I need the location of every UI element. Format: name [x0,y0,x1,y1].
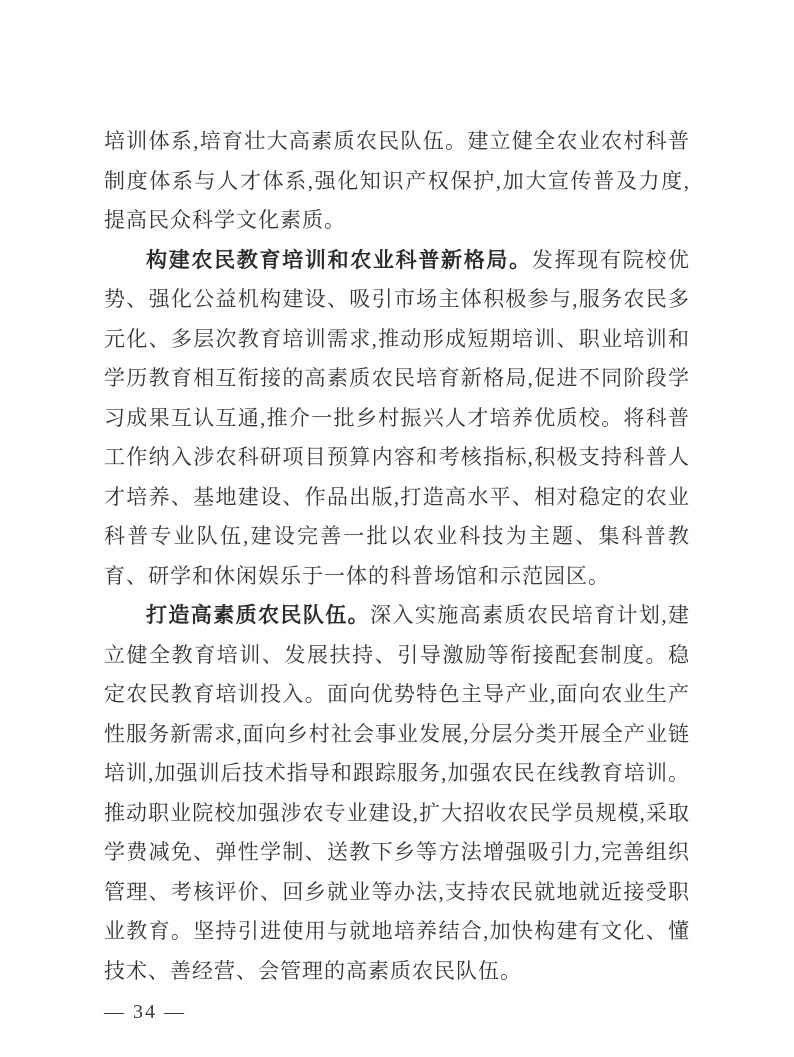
paragraph-text: 深入实施高素质农民培育计划,建立健全教育培训、发展扶持、引导激励等衔接配套制度。… [104,603,690,983]
footer-page-number: — 34 — [104,1001,186,1024]
paragraph: 培训体系,培育壮大高素质农民队伍。建立健全农业农村科普制度体系与人才体系,强化知… [104,122,690,241]
paragraph-text: 发挥现有院校优势、强化公益机构建设、吸引市场主体积极参与,服务农民多元化、多层次… [104,248,690,588]
paragraph-text: 培训体系,培育壮大高素质农民队伍。建立健全农业农村科普制度体系与人才体系,强化知… [104,129,690,232]
paragraph: 构建农民教育培训和农业科普新格局。发挥现有院校优势、强化公益机构建设、吸引市场主… [104,241,690,597]
body-text: 培训体系,培育壮大高素质农民队伍。建立健全农业农村科普制度体系与人才体系,强化知… [104,122,690,991]
document-page: 培训体系,培育壮大高素质农民队伍。建立健全农业农村科普制度体系与人才体系,强化知… [0,0,794,1057]
paragraph-lead: 构建农民教育培训和农业科普新格局。 [146,249,532,272]
paragraph-lead: 打造高素质农民队伍。 [146,604,370,627]
paragraph: 打造高素质农民队伍。深入实施高素质农民培育计划,建立健全教育培训、发展扶持、引导… [104,596,690,991]
